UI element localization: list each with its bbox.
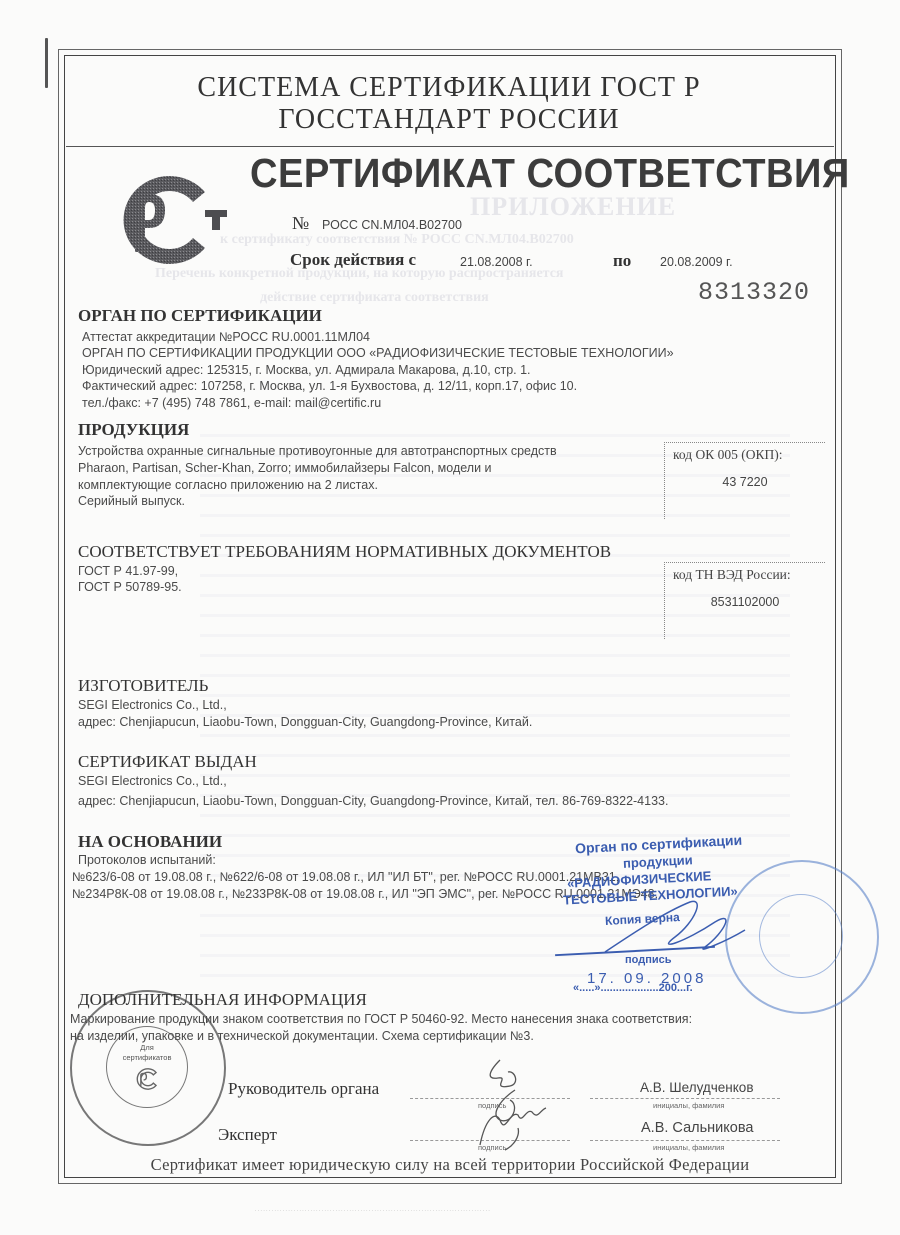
- stamp-date-template: «.....»...................200...г.: [573, 982, 693, 994]
- standard-line: ГОСТ Р 41.97-99,: [78, 563, 178, 580]
- product-line: комплектующие согласно приложению на 2 л…: [78, 477, 378, 494]
- gosstandart-title: ГОССТАНДАРТ РОССИИ: [66, 104, 832, 136]
- handwritten-signatures: [460, 1050, 570, 1160]
- name-line: [590, 1098, 780, 1099]
- rst-conformity-mark-icon: [105, 170, 235, 270]
- name-caption: инициалы, фамилия: [653, 1143, 724, 1152]
- stamp-line: Орган по сертификации: [575, 832, 743, 857]
- header-divider: [66, 146, 834, 147]
- okp-code-value: 43 7220: [665, 475, 825, 489]
- valid-to-date: 20.08.2009 г.: [660, 255, 733, 269]
- actual-address-line: Фактический адрес: 107258, г. Москва, ул…: [82, 378, 577, 395]
- number-label: №: [292, 213, 309, 234]
- legal-validity-note: Сертификат имеет юридическую силу на все…: [66, 1155, 834, 1175]
- section-title-certification-body: ОРГАН ПО СЕРТИФИКАЦИИ: [78, 306, 322, 326]
- basis-line: №623/6-08 от 19.08.08 г., №622/6-08 от 1…: [72, 869, 619, 886]
- printer-imprint-illegible: . . . . . . . . . . . . . . . . . . . . …: [255, 1207, 490, 1213]
- certificate-title: СЕРТИФИКАТ СООТВЕТСТВИЯ: [250, 150, 850, 197]
- product-line: Серийный выпуск.: [78, 493, 185, 510]
- section-title-issued-to: СЕРТИФИКАТ ВЫДАН: [78, 752, 257, 772]
- stamp-line: продукции: [623, 852, 693, 871]
- section-title-basis: НА ОСНОВАНИИ: [78, 832, 222, 852]
- tnved-code-box: код ТН ВЭД России: 8531102000: [664, 562, 825, 639]
- name-line: [590, 1140, 780, 1141]
- issued-to-name: SEGI Electronics Co., Ltd.,: [78, 773, 227, 790]
- expert-label: Эксперт: [218, 1125, 277, 1145]
- manufacturer-address: адрес: Chenjiapucun, Liaobu-Town, Donggu…: [78, 714, 532, 731]
- tnved-code-value: 8531102000: [665, 595, 825, 609]
- stamp-signature-scribble: [595, 892, 765, 962]
- head-of-body-label: Руководитель органа: [228, 1079, 379, 1099]
- section-title-manufacturer: ИЗГОТОВИТЕЛЬ: [78, 676, 208, 696]
- body-name-line: ОРГАН ПО СЕРТИФИКАЦИИ ПРОДУКЦИИ ООО «РАД…: [82, 345, 674, 362]
- head-of-body-name: А.В. Шелудченков: [640, 1080, 753, 1095]
- issued-to-address: адрес: Chenjiapucun, Liaobu-Town, Donggu…: [78, 793, 668, 810]
- contact-line: тел./факс: +7 (495) 748 7861, e-mail: ma…: [82, 395, 381, 412]
- section-title-additional-info: ДОПОЛНИТЕЛЬНАЯ ИНФОРМАЦИЯ: [78, 990, 367, 1010]
- valid-from-date: 21.08.2008 г.: [460, 255, 533, 269]
- accreditation-line: Аттестат аккредитации №РОСС RU.0001.11МЛ…: [82, 329, 370, 346]
- certificate-number: РОСС CN.МЛ04.В02700: [322, 218, 462, 232]
- section-title-product: ПРОДУКЦИЯ: [78, 420, 189, 440]
- validity-label: Срок действия с: [290, 250, 416, 270]
- blank-serial-number: 8313320: [698, 278, 810, 307]
- copy-certified-stamp: Орган по сертификации продукции «РАДИОФИ…: [575, 832, 875, 1012]
- certification-system-title: СИСТЕМА СЕРТИФИКАЦИИ ГОСТ Р: [66, 72, 832, 104]
- okp-code-box: код ОК 005 (ОКП): 43 7220: [664, 442, 825, 519]
- basis-line: Протоколов испытаний:: [78, 852, 216, 869]
- additional-info-line: Маркирование продукции знаком соответств…: [70, 1011, 692, 1028]
- product-line: Устройства охранные сигнальные противоуг…: [78, 443, 557, 460]
- additional-info-line: на изделии, упаковке и в технической док…: [70, 1028, 534, 1045]
- product-line: Pharaon, Partisan, Scher-Khan, Zorro; им…: [78, 460, 492, 477]
- valid-to-label: по: [613, 251, 631, 271]
- standard-line: ГОСТ Р 50789-95.: [78, 579, 182, 596]
- legal-address-line: Юридический адрес: 125315, г. Москва, ул…: [82, 362, 531, 379]
- section-title-compliance: СООТВЕТСТВУЕТ ТРЕБОВАНИЯМ НОРМАТИВНЫХ ДО…: [78, 542, 611, 562]
- tnved-code-label: код ТН ВЭД России:: [665, 563, 825, 583]
- manufacturer-name: SEGI Electronics Co., Ltd.,: [78, 697, 227, 714]
- okp-code-label: код ОК 005 (ОКП):: [665, 443, 825, 463]
- name-caption: инициалы, фамилия: [653, 1101, 724, 1110]
- expert-name: А.В. Сальникова: [641, 1120, 753, 1136]
- binder-mark: [45, 38, 48, 88]
